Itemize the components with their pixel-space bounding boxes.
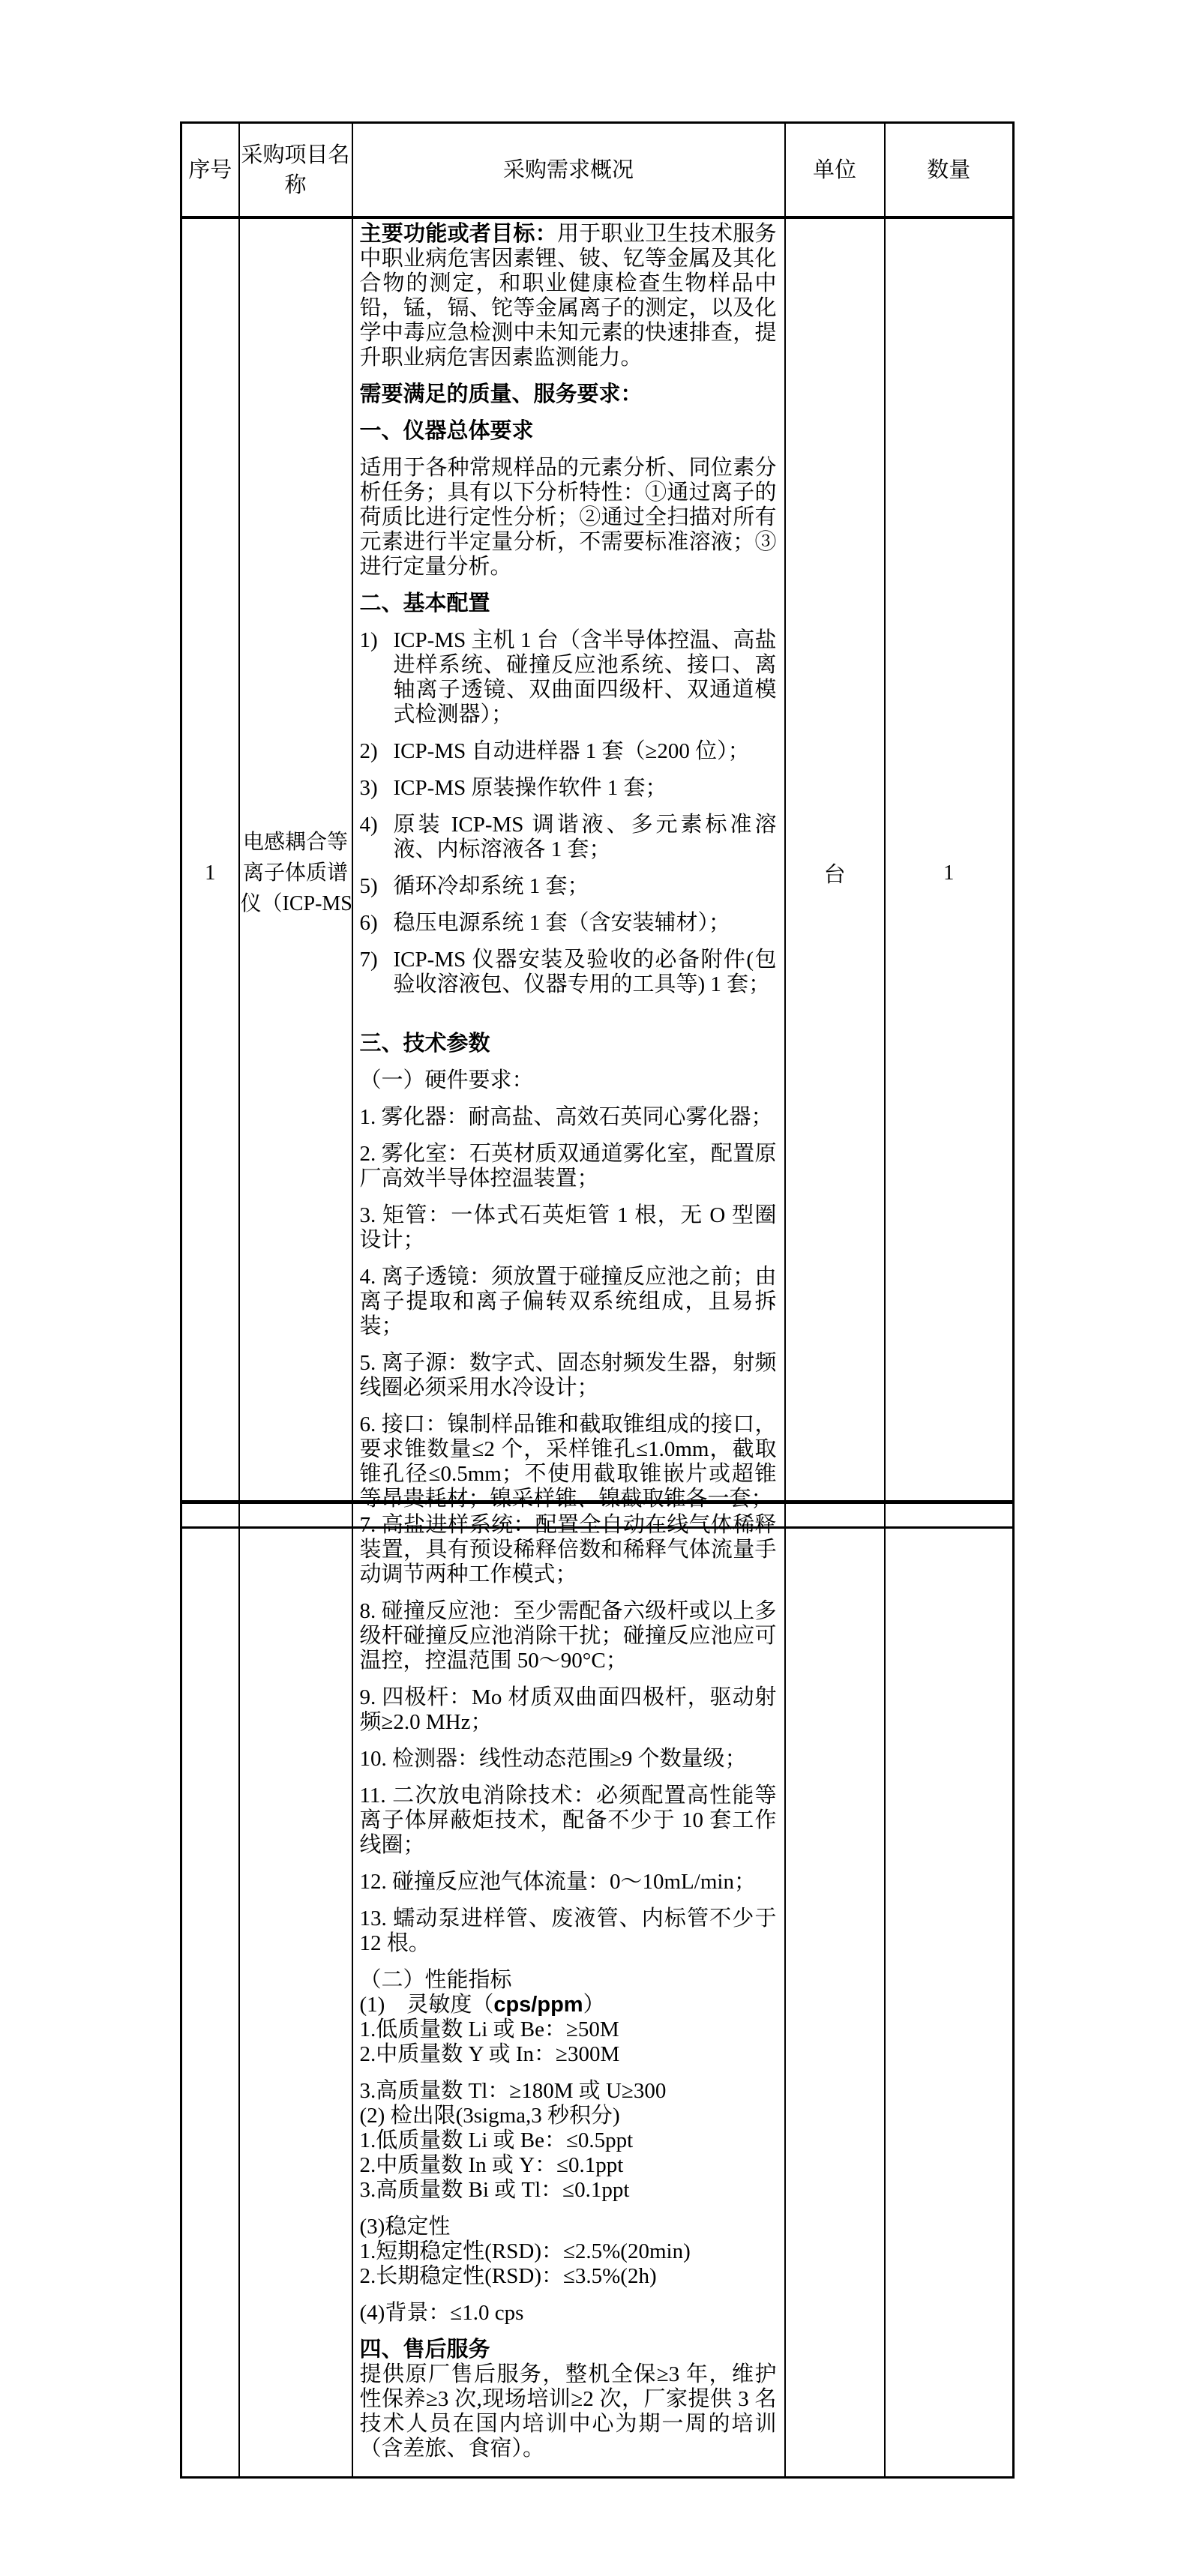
text-segment: 7. 高盐进样系统：配置全自动在线气体稀释装置，具有预设稀释倍数和稀释气体流量手…	[360, 1513, 777, 1586]
text-segment: 原装 ICP-MS 调谐液、多元素标准溶液、内标溶液各 1 套；	[394, 813, 777, 861]
procurement-table-part1: 序号 采购项目名称 采购需求概况 单位 数量 1 电感耦合等 离子体质谱 仪（I…	[180, 121, 1015, 1529]
text-segment: 2.中质量数 In 或 Y：≤0.1ppt	[360, 2153, 624, 2177]
item-text: ICP-MS 主机 1 台（含半导体控温、高盐进样系统、碰撞反应池系统、接口、离…	[394, 628, 777, 726]
overview-paragraph: （二）性能指标(1) 灵敏度（cps/ppm）1.低质量数 Li 或 Be：≥5…	[360, 1968, 777, 2067]
item-marker: 5)	[360, 874, 378, 899]
header-overview: 采购需求概况	[352, 123, 785, 218]
numbered-item: 6)稳压电源系统 1 套（含安装辅材）；	[360, 911, 777, 936]
text-segment: 2. 雾化室：石英材质双通道雾化室，配置原厂高效半导体控温装置；	[360, 1142, 777, 1191]
item-text: ICP-MS 原装操作软件 1 套；	[394, 776, 667, 800]
project-name-line: 仪（ICP-MS）	[241, 892, 352, 915]
text-segment: 主要功能或者目标：	[360, 222, 558, 246]
cell-unit: 台	[785, 217, 885, 1528]
item-text: 稳压电源系统 1 套（含安装辅材）；	[394, 911, 731, 935]
project-name-line: 离子体质谱	[243, 861, 348, 885]
text-segment: 3.高质量数 Bi 或 Tl：≤0.1ppt	[360, 2178, 630, 2202]
item-marker: 4)	[360, 813, 378, 837]
overview-paragraph: 8. 碰撞反应池：至少需配备六级杆或以上多级杆碰撞反应池消除干扰；碰撞反应池应可…	[360, 1599, 777, 1673]
item-marker: 2)	[360, 739, 378, 764]
overview-paragraph: 主要功能或者目标：用于职业卫生技术服务中职业病危害因素锂、铍、钇等金属及其化合物…	[360, 222, 777, 370]
text-segment: 稳压电源系统 1 套（含安装辅材）；	[394, 911, 731, 935]
text-segment: 二、基本配置	[360, 592, 490, 616]
overview-content-part2: 7. 高盐进样系统：配置全自动在线气体稀释装置，具有预设稀释倍数和稀释气体流量手…	[360, 1513, 777, 2461]
text-segment: (2) 检出限(3sigma,3 秒积分)	[360, 2104, 620, 2128]
cell-overview-part2: 7. 高盐进样系统：配置全自动在线气体稀释装置，具有预设稀释倍数和稀释气体流量手…	[352, 1502, 785, 2478]
section-heading: 二、基本配置	[360, 592, 777, 616]
overview-paragraph: (3)稳定性1.短期稳定性(RSD)：≤2.5%(20min)2.长期稳定性(R…	[360, 2215, 777, 2289]
numbered-item: 1)ICP-MS 主机 1 台（含半导体控温、高盐进样系统、碰撞反应池系统、接口…	[360, 628, 777, 727]
text-segment: cps/ppm	[493, 1993, 583, 2017]
text-segment: 1.低质量数 Li 或 Be：≤0.5ppt	[360, 2128, 634, 2152]
item-text: 原装 ICP-MS 调谐液、多元素标准溶液、内标溶液各 1 套；	[394, 813, 777, 861]
overview-paragraph: 1. 雾化器：耐高盐、高效石英同心雾化器；	[360, 1105, 777, 1130]
cell-serial-continued	[181, 1502, 239, 2478]
text-segment: （一）硬件要求：	[360, 1068, 534, 1092]
cell-quantity: 1	[885, 217, 1014, 1528]
overview-paragraph: 11. 二次放电消除技术：必须配置高性能等离子体屏蔽炬技术，配备不少于 10 套…	[360, 1784, 777, 1858]
table-row: 1 电感耦合等 离子体质谱 仪（ICP-MS） 主要功能或者目标：用于职业卫生技…	[181, 217, 1014, 1528]
cell-quantity-continued	[885, 1502, 1014, 2478]
text-segment: 提供原厂售后服务，整机全保≥3 年，维护性保养≥3 次,现场培训≥2 次，厂家提…	[360, 2362, 777, 2461]
numbered-item: 2)ICP-MS 自动进样器 1 套（≥200 位）；	[360, 739, 777, 764]
overview-paragraph: 12. 碰撞反应池气体流量：0～10mL/min；	[360, 1870, 777, 1895]
text-segment: (1) 灵敏度（	[360, 1993, 494, 2017]
text-segment: 13. 蠕动泵进样管、废液管、内标管不少于 12 根。	[360, 1907, 777, 1955]
cell-overview-part1: 主要功能或者目标：用于职业卫生技术服务中职业病危害因素锂、铍、钇等金属及其化合物…	[352, 217, 785, 1528]
text-segment: ICP-MS 仪器安装及验收的必备附件(包验收溶液包、仪器专用的工具等) 1 套…	[394, 948, 777, 996]
overview-paragraph: 4. 离子透镜：须放置于碰撞反应池之前；由离子提取和离子偏转双系统组成，且易拆装…	[360, 1265, 777, 1339]
text-segment: 循环冷却系统 1 套；	[394, 874, 589, 898]
item-marker: 7)	[360, 948, 378, 972]
text-segment: （二）性能指标	[360, 1968, 512, 1992]
overview-paragraph: 3.高质量数 Tl：≥180M 或 U≥300(2) 检出限(3sigma,3 …	[360, 2079, 777, 2203]
item-marker: 3)	[360, 776, 378, 801]
text-segment: ICP-MS 自动进样器 1 套（≥200 位）；	[394, 739, 750, 763]
overview-paragraph: 13. 蠕动泵进样管、废液管、内标管不少于 12 根。	[360, 1907, 777, 1956]
table-row-continued: 7. 高盐进样系统：配置全自动在线气体稀释装置，具有预设稀释倍数和稀释气体流量手…	[181, 1502, 1014, 2478]
text-segment: 4. 离子透镜：须放置于碰撞反应池之前；由离子提取和离子偏转双系统组成，且易拆装…	[360, 1265, 777, 1338]
text-segment: (3)稳定性	[360, 2215, 451, 2239]
header-unit: 单位	[785, 123, 885, 218]
overview-content-part1: 主要功能或者目标：用于职业卫生技术服务中职业病危害因素锂、铍、钇等金属及其化合物…	[360, 222, 777, 1511]
table-header-row: 序号 采购项目名称 采购需求概况 单位 数量	[181, 123, 1014, 218]
item-text: ICP-MS 仪器安装及验收的必备附件(包验收溶液包、仪器专用的工具等) 1 套…	[394, 948, 777, 996]
text-segment: 1.短期稳定性(RSD)：≤2.5%(20min)	[360, 2239, 691, 2263]
overview-paragraph: 2. 雾化室：石英材质双通道雾化室，配置原厂高效半导体控温装置；	[360, 1142, 777, 1191]
text-segment: (4)背景：≤1.0 cps	[360, 2301, 524, 2325]
cell-serial: 1	[181, 217, 239, 1528]
text-segment: 一、仪器总体要求	[360, 419, 534, 443]
text-segment: 8. 碰撞反应池：至少需配备六级杆或以上多级杆碰撞反应池消除干扰；碰撞反应池应可…	[360, 1599, 777, 1673]
numbered-item: 7)ICP-MS 仪器安装及验收的必备附件(包验收溶液包、仪器专用的工具等) 1…	[360, 948, 777, 997]
item-marker: 6)	[360, 911, 378, 936]
text-segment: 需要满足的质量、服务要求：	[360, 382, 643, 406]
text-segment: 适用于各种常规样品的元素分析、同位素分析任务；具有以下分析特性：①通过离子的荷质…	[360, 456, 777, 579]
text-segment: 6. 接口：镍制样品锥和截取锥组成的接口，要求锥数量≤2 个，采样锥孔≤1.0m…	[360, 1412, 777, 1511]
text-segment: 三、技术参数	[360, 1032, 490, 1056]
text-segment: 3. 矩管：一体式石英炬管 1 根，无 O 型圈设计；	[360, 1203, 777, 1252]
text-segment: 1.低质量数 Li 或 Be：≥50M	[360, 2017, 619, 2041]
text-segment: 10. 检测器：线性动态范围≥9 个数量级；	[360, 1747, 747, 1771]
overview-paragraph: 5. 离子源：数字式、固态射频发生器，射频线圈必须采用水冷设计；	[360, 1351, 777, 1400]
text-segment: ）	[583, 1993, 605, 2017]
item-text: ICP-MS 自动进样器 1 套（≥200 位）；	[394, 739, 750, 763]
text-segment: 2.长期稳定性(RSD)：≤3.5%(2h)	[360, 2264, 657, 2288]
overview-paragraph: 适用于各种常规样品的元素分析、同位素分析任务；具有以下分析特性：①通过离子的荷质…	[360, 456, 777, 580]
text-segment: 9. 四极杆：Mo 材质双曲面四极杆，驱动射频≥2.0 MHz；	[360, 1685, 777, 1734]
overview-paragraph: 6. 接口：镍制样品锥和截取锥组成的接口，要求锥数量≤2 个，采样锥孔≤1.0m…	[360, 1412, 777, 1511]
overview-paragraph: 9. 四极杆：Mo 材质双曲面四极杆，驱动射频≥2.0 MHz；	[360, 1685, 777, 1735]
item-marker: 1)	[360, 628, 378, 653]
cell-project-name: 电感耦合等 离子体质谱 仪（ICP-MS）	[239, 217, 352, 1528]
header-project-name: 采购项目名称	[239, 123, 352, 218]
project-name-line: 电感耦合等	[243, 831, 348, 854]
text-segment: 11. 二次放电消除技术：必须配置高性能等离子体屏蔽炬技术，配备不少于 10 套…	[360, 1784, 777, 1857]
text-segment: 12. 碰撞反应池气体流量：0～10mL/min；	[360, 1870, 756, 1894]
cell-project-name-continued	[239, 1502, 352, 2478]
cell-unit-continued	[785, 1502, 885, 2478]
overview-paragraph: （一）硬件要求：	[360, 1068, 777, 1093]
text-segment: 1. 雾化器：耐高盐、高效石英同心雾化器；	[360, 1105, 773, 1129]
text-segment: ICP-MS 原装操作软件 1 套；	[394, 776, 667, 800]
numbered-item: 5)循环冷却系统 1 套；	[360, 874, 777, 899]
text-segment: ICP-MS 主机 1 台（含半导体控温、高盐进样系统、碰撞反应池系统、接口、离…	[394, 628, 777, 726]
text-segment: 3.高质量数 Tl：≥180M 或 U≥300	[360, 2079, 667, 2103]
procurement-table-part2: 7. 高盐进样系统：配置全自动在线气体稀释装置，具有预设稀释倍数和稀释气体流量手…	[180, 1500, 1015, 2479]
overview-paragraph: 四、售后服务提供原厂售后服务，整机全保≥3 年，维护性保养≥3 次,现场培训≥2…	[360, 2338, 777, 2461]
section-heading: 需要满足的质量、服务要求：	[360, 382, 777, 407]
text-segment: 2.中质量数 Y 或 In：≥300M	[360, 2042, 620, 2066]
numbered-item: 4)原装 ICP-MS 调谐液、多元素标准溶液、内标溶液各 1 套；	[360, 813, 777, 862]
section-heading: 三、技术参数	[360, 1032, 777, 1056]
header-serial: 序号	[181, 123, 239, 218]
overview-paragraph: 10. 检测器：线性动态范围≥9 个数量级；	[360, 1747, 777, 1772]
overview-paragraph: 3. 矩管：一体式石英炬管 1 根，无 O 型圈设计；	[360, 1203, 777, 1253]
numbered-item: 3)ICP-MS 原装操作软件 1 套；	[360, 776, 777, 801]
overview-paragraph: (4)背景：≤1.0 cps	[360, 2301, 777, 2326]
text-segment: 四、售后服务	[360, 2338, 490, 2362]
overview-paragraph: 7. 高盐进样系统：配置全自动在线气体稀释装置，具有预设稀释倍数和稀释气体流量手…	[360, 1513, 777, 1587]
item-text: 循环冷却系统 1 套；	[394, 874, 589, 898]
header-quantity: 数量	[885, 123, 1014, 218]
text-segment: 5. 离子源：数字式、固态射频发生器，射频线圈必须采用水冷设计；	[360, 1351, 777, 1400]
section-heading: 一、仪器总体要求	[360, 419, 777, 444]
